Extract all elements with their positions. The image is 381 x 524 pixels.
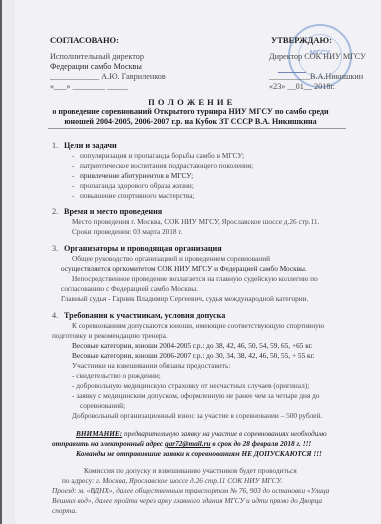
section-3-line: согласованию с Федерацией самбо Москвы. xyxy=(61,284,198,294)
section-1-item: привлечение абитуриентов в МГСУ; xyxy=(80,171,193,181)
list-bullet: - xyxy=(72,151,74,161)
weight-categories-2006: Весовые категории, юноши 2006-2007 г.р.:… xyxy=(72,351,315,361)
section-1-number: 1. xyxy=(52,141,58,151)
page-left-strip xyxy=(2,0,15,524)
email-link[interactable]: gar72@mail.ru xyxy=(165,439,211,448)
document-subtitle-line2: юношей 2004-2005, 2006-2007 г.р. на Кубо… xyxy=(0,117,381,126)
section-4-line: Участники на взвешивании обязаны предост… xyxy=(72,361,230,371)
address-label: по адресу: xyxy=(62,476,96,485)
notice-text: отправить на электронный адрес xyxy=(52,439,165,448)
list-bullet: - xyxy=(72,191,74,201)
section-3-line: Непосредственное проведение возлагается … xyxy=(72,274,318,284)
approved-by-position: Исполнительный директор xyxy=(50,52,144,62)
notice-label: ВНИМАНИЕ: xyxy=(76,429,122,438)
section-2-number: 2. xyxy=(52,207,58,217)
section-1-item: повышение спортивного мастерства; xyxy=(80,191,195,201)
directions-line: Вешних вод», далее пройти через арку гла… xyxy=(52,496,322,506)
title-divider xyxy=(48,128,346,129)
section-4-number: 4. xyxy=(52,311,58,321)
section-2-date: Сроки проведения: 03 марта 2018 г. xyxy=(72,227,182,237)
approver-title: УТВЕРЖДАЮ: xyxy=(271,35,332,45)
list-bullet: - xyxy=(72,171,74,181)
notice-line2: отправить на электронный адрес gar72@mai… xyxy=(52,439,311,449)
required-document: - свидетельство о рождении; xyxy=(72,371,161,381)
section-3-heading: Организаторы и проводящая организация xyxy=(64,244,222,254)
directions-line: Проезд: м. «ВДНХ», далее общественным тр… xyxy=(52,486,329,496)
section-4-line: К соревнованиям допускаются юноши, имеющ… xyxy=(72,321,324,331)
approved-by-date: «___» ________ _____ xyxy=(50,82,128,92)
section-4-heading: Требования к участникам, условия допуска xyxy=(64,311,225,321)
section-1-heading: Цели и задачи xyxy=(64,141,117,151)
section-1-item: пропаганда здорового образа жизни; xyxy=(80,181,194,191)
entry-fee: Добровольный организационный взнос за уч… xyxy=(72,411,322,421)
notice-deadline: в срок до 28 февраля 2018 г. !!! xyxy=(211,439,312,448)
section-2-heading: Время и место проведения xyxy=(64,207,162,217)
approved-by-org: Федерации самбо Москвы xyxy=(50,62,142,72)
required-document-cont: соревнований; xyxy=(80,401,125,411)
address-value: г. Москва, Ярославское шоссе д.26 стр.11… xyxy=(96,476,283,485)
required-document: - добровольную медицинскую страховку от … xyxy=(72,381,309,391)
approver-position: Директор СОК НИУ МГСУ xyxy=(269,52,366,62)
section-3-line: осуществляется оргкомитетом СОК НИУ МГСУ… xyxy=(61,264,307,274)
notice-warning: Команды не отправившие заявки к соревнов… xyxy=(76,449,322,459)
directions-line: спорта. xyxy=(52,506,77,516)
approver-date: «23» __01__ 2018г. xyxy=(269,82,335,92)
document-subtitle-line1: о проведение соревнований Открытого турн… xyxy=(0,107,381,116)
approved-by-title: СОГЛАСОВАНО: xyxy=(50,35,119,45)
required-document: - заявку с медицинским допуском, оформле… xyxy=(72,391,320,401)
section-1-item: патриотическое воспитания подрастающего … xyxy=(80,161,253,171)
footer-address: по адресу: г. Москва, Ярославское шоссе … xyxy=(62,476,283,486)
section-4-line: подготовку и рекомендацию тренера. xyxy=(52,331,168,341)
weight-categories-2004: Весовые категории, юноши 2004-2005 г.р.:… xyxy=(72,341,313,351)
notice-line1: ВНИМАНИЕ: предварительную заявку на учас… xyxy=(76,429,327,439)
list-bullet: - xyxy=(72,181,74,191)
section-1-item: популяризация и пропаганда борьбы самбо … xyxy=(80,151,244,161)
section-2-venue: Место проведения г. Москва, СОК НИУ МГСУ… xyxy=(72,217,319,227)
list-bullet: - xyxy=(72,161,74,171)
section-3-chief-judge: Главный судья - Гарник Владимир Сергееви… xyxy=(61,294,308,304)
approver-name: __________В.А.Никишкин xyxy=(269,72,363,82)
section-3-line: Общее руководство организацией и проведе… xyxy=(72,254,270,264)
approved-by-signature: ____________ А.Ю. Гавриленков xyxy=(50,72,166,82)
section-3-number: 3. xyxy=(52,244,58,254)
footer-line: Комиссия по допуску и взвешиванию участн… xyxy=(84,466,297,476)
notice-text: предварительную заявку на участие в соре… xyxy=(122,429,326,438)
document-title: П О Л О Ж Е Н И Е xyxy=(0,97,381,107)
